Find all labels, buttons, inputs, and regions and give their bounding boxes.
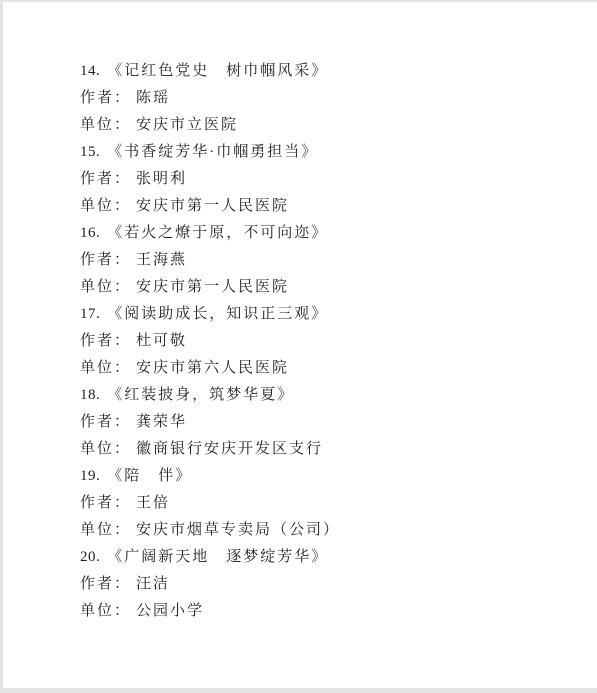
author-name: 王倍 bbox=[136, 495, 170, 511]
author-name: 王海燕 bbox=[136, 252, 187, 268]
unit-label: 单位： bbox=[80, 441, 131, 457]
entry: 16.《若火之燎于原，不可向迩》 作者：王海燕 单位：安庆市第一人民医院 bbox=[80, 220, 567, 301]
entry-number: 16. bbox=[80, 225, 100, 241]
entry-number: 18. bbox=[80, 387, 100, 403]
entry-number: 17. bbox=[80, 306, 100, 322]
author-label: 作者： bbox=[80, 333, 131, 349]
entry-unit-line: 单位：徽商银行安庆开发区支行 bbox=[80, 436, 567, 463]
entry-number: 20. bbox=[80, 549, 100, 565]
author-label: 作者： bbox=[80, 171, 131, 187]
unit-name: 安庆市第一人民医院 bbox=[136, 198, 289, 214]
author-name: 汪洁 bbox=[136, 576, 170, 592]
unit-name: 徽商银行安庆开发区支行 bbox=[136, 441, 323, 457]
author-name: 杜可敬 bbox=[136, 333, 187, 349]
entry-unit-line: 单位：安庆市第六人民医院 bbox=[80, 355, 567, 382]
entry-title: 《若火之燎于原，不可向迩》 bbox=[107, 225, 328, 241]
entry-title-line: 19.《陪 伴》 bbox=[80, 463, 567, 490]
entry-author-line: 作者：汪洁 bbox=[80, 571, 567, 598]
entry-unit-line: 单位：安庆市烟草专卖局（公司） bbox=[80, 517, 567, 544]
entry-title: 《记红色党史 树巾帼风采》 bbox=[107, 63, 328, 79]
entry-title-line: 18.《红装披身，筑梦华夏》 bbox=[80, 382, 567, 409]
entry-author-line: 作者：张明利 bbox=[80, 166, 567, 193]
entry-unit-line: 单位：安庆市第一人民医院 bbox=[80, 274, 567, 301]
unit-name: 安庆市第六人民医院 bbox=[136, 360, 289, 376]
author-label: 作者： bbox=[80, 495, 131, 511]
entry-unit-line: 单位：安庆市第一人民医院 bbox=[80, 193, 567, 220]
entry-author-line: 作者：王倍 bbox=[80, 490, 567, 517]
author-label: 作者： bbox=[80, 576, 131, 592]
document-viewport: 14.《记红色党史 树巾帼风采》 作者：陈瑶 单位：安庆市立医院 15.《书香绽… bbox=[0, 0, 597, 693]
entry-title-line: 16.《若火之燎于原，不可向迩》 bbox=[80, 220, 567, 247]
author-label: 作者： bbox=[80, 414, 131, 430]
author-name: 陈瑶 bbox=[136, 90, 170, 106]
entry-author-line: 作者：陈瑶 bbox=[80, 85, 567, 112]
document-page: 14.《记红色党史 树巾帼风采》 作者：陈瑶 单位：安庆市立医院 15.《书香绽… bbox=[3, 2, 597, 688]
entry-unit-line: 单位：公园小学 bbox=[80, 598, 567, 625]
entry: 14.《记红色党史 树巾帼风采》 作者：陈瑶 单位：安庆市立医院 bbox=[80, 58, 567, 139]
entry: 18.《红装披身，筑梦华夏》 作者：龚荣华 单位：徽商银行安庆开发区支行 bbox=[80, 382, 567, 463]
entry-title: 《陪 伴》 bbox=[107, 468, 192, 484]
entry-author-line: 作者：龚荣华 bbox=[80, 409, 567, 436]
entry: 17.《阅读助成长，知识正三观》 作者：杜可敬 单位：安庆市第六人民医院 bbox=[80, 301, 567, 382]
author-name: 张明利 bbox=[136, 171, 187, 187]
unit-name: 安庆市立医院 bbox=[136, 117, 238, 133]
entry-title: 《阅读助成长，知识正三观》 bbox=[107, 306, 328, 322]
entry-title-line: 17.《阅读助成长，知识正三观》 bbox=[80, 301, 567, 328]
entry: 15.《书香绽芳华·巾帼勇担当》 作者：张明利 单位：安庆市第一人民医院 bbox=[80, 139, 567, 220]
entry-title: 《红装披身，筑梦华夏》 bbox=[107, 387, 294, 403]
entry-author-line: 作者：杜可敬 bbox=[80, 328, 567, 355]
author-name: 龚荣华 bbox=[136, 414, 187, 430]
unit-label: 单位： bbox=[80, 198, 131, 214]
author-label: 作者： bbox=[80, 90, 131, 106]
entry-title-line: 20.《广阔新天地 逐梦绽芳华》 bbox=[80, 544, 567, 571]
entry: 20.《广阔新天地 逐梦绽芳华》 作者：汪洁 单位：公园小学 bbox=[80, 544, 567, 625]
entry-number: 14. bbox=[80, 63, 100, 79]
entries-list: 14.《记红色党史 树巾帼风采》 作者：陈瑶 单位：安庆市立医院 15.《书香绽… bbox=[3, 2, 597, 625]
entry-title-line: 15.《书香绽芳华·巾帼勇担当》 bbox=[80, 139, 567, 166]
unit-label: 单位： bbox=[80, 360, 131, 376]
entry-number: 19. bbox=[80, 468, 100, 484]
entry-author-line: 作者：王海燕 bbox=[80, 247, 567, 274]
unit-label: 单位： bbox=[80, 279, 131, 295]
entry: 19.《陪 伴》 作者：王倍 单位：安庆市烟草专卖局（公司） bbox=[80, 463, 567, 544]
entry-unit-line: 单位：安庆市立医院 bbox=[80, 112, 567, 139]
unit-label: 单位： bbox=[80, 117, 131, 133]
entry-number: 15. bbox=[80, 144, 100, 160]
entry-title-line: 14.《记红色党史 树巾帼风采》 bbox=[80, 58, 567, 85]
entry-title: 《广阔新天地 逐梦绽芳华》 bbox=[107, 549, 328, 565]
unit-name: 安庆市烟草专卖局（公司） bbox=[136, 522, 340, 538]
unit-name: 安庆市第一人民医院 bbox=[136, 279, 289, 295]
author-label: 作者： bbox=[80, 252, 131, 268]
unit-label: 单位： bbox=[80, 522, 131, 538]
unit-label: 单位： bbox=[80, 603, 131, 619]
unit-name: 公园小学 bbox=[136, 603, 204, 619]
entry-title: 《书香绽芳华·巾帼勇担当》 bbox=[107, 144, 318, 160]
